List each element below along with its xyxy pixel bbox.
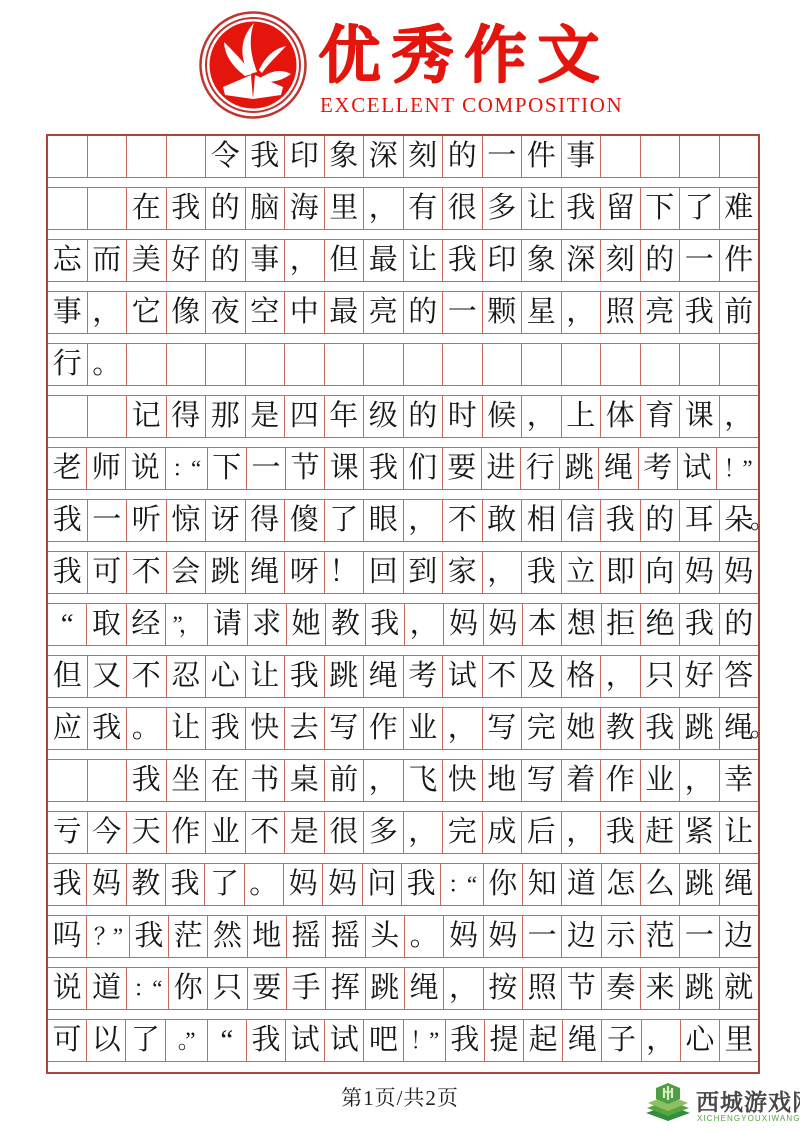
grid-cell xyxy=(482,344,522,385)
grid-cell: 眼 xyxy=(363,500,403,541)
row-gap-band xyxy=(48,230,758,240)
grid-row-unit: 吗？”我茫然地摇摇头。妈妈一边示范一边 xyxy=(48,916,758,968)
grid-cell xyxy=(363,344,403,385)
grid-cell: 最 xyxy=(324,292,364,333)
grid-row-unit: 我妈教我了。妈妈问我：“你知道怎么跳绳 xyxy=(48,864,758,916)
grid-cell: 说 xyxy=(125,448,164,489)
grid-cell: ， xyxy=(87,292,127,333)
grid-cell: 的 xyxy=(640,500,680,541)
grid-cell: 跳 xyxy=(205,552,245,593)
watermark-site-name-en: XICHENGYOUXIWANG xyxy=(697,1114,800,1123)
grid-cell: 她 xyxy=(561,708,601,749)
grid-cell: 敢 xyxy=(482,500,522,541)
grid-cell: ：“ xyxy=(165,448,207,489)
grid-cell: 想 xyxy=(561,604,600,645)
grid-cell: 相 xyxy=(521,500,561,541)
brand-title: 优秀作文 xyxy=(318,16,608,96)
grid-cell: 完 xyxy=(521,708,561,749)
grid-cell: 我 xyxy=(561,188,601,229)
grid-cell: 脑 xyxy=(245,188,285,229)
grid-cell: 范 xyxy=(640,916,679,957)
grid-cell xyxy=(719,344,759,385)
grid-cell: 刻 xyxy=(600,240,640,281)
grid-row: 老师说：“下一节课我们要进行跳绳考试！” xyxy=(48,448,758,490)
row-gap-band xyxy=(48,490,758,500)
grid-cell: 照 xyxy=(522,968,561,1009)
grid-cell: 了 xyxy=(204,864,243,905)
grid-cell: 试 xyxy=(442,656,482,697)
grid-cell: 年 xyxy=(324,396,364,437)
grid-cell: 老 xyxy=(48,448,86,489)
grid-cell: 奏 xyxy=(601,968,640,1009)
grid-row: 我坐在书桌前，飞快地写着作业，幸 xyxy=(48,760,758,802)
grid-cell: 照 xyxy=(600,292,640,333)
grid-cell: 按 xyxy=(483,968,522,1009)
grid-cell: 妈 xyxy=(483,916,522,957)
grid-cell: 它 xyxy=(126,292,166,333)
grid-cell: 快 xyxy=(442,760,482,801)
grid-cell: 多 xyxy=(482,188,522,229)
grid-cell: ， xyxy=(600,656,640,697)
row-gap-band xyxy=(48,386,758,396)
grid-cell: 妈 xyxy=(86,864,125,905)
grid-cell: 跳 xyxy=(679,864,718,905)
grid-cell: 子 xyxy=(601,1020,640,1061)
grid-cell: 妈 xyxy=(322,864,361,905)
row-gap-band xyxy=(48,594,758,604)
grid-cell xyxy=(87,396,127,437)
grid-cell: 得 xyxy=(245,500,285,541)
grid-cell: 我 xyxy=(600,500,640,541)
grid-cell: 像 xyxy=(166,292,206,333)
grid-cell: 一 xyxy=(482,136,522,177)
grid-cell: 又 xyxy=(87,656,127,697)
grid-cell: 令 xyxy=(205,136,245,177)
grid-cell: 绳 xyxy=(363,656,403,697)
grid-cell: 可 xyxy=(48,1020,86,1061)
grid-cell: 们 xyxy=(403,448,442,489)
grid-cell: 了 xyxy=(125,1020,164,1061)
grid-row-unit: 事，它像夜空中最亮的一颗星，照亮我前 xyxy=(48,292,758,344)
brand-subtitle: EXCELLENT COMPOSITION xyxy=(320,93,600,118)
grid-cell: 头 xyxy=(365,916,404,957)
grid-cell: 事 xyxy=(48,292,87,333)
grid-cell: 海 xyxy=(284,188,324,229)
grid-cell: 快 xyxy=(245,708,285,749)
grid-cell: 下 xyxy=(640,188,680,229)
grid-cell: 那 xyxy=(205,396,245,437)
grid-cell: ， xyxy=(443,968,482,1009)
grid-cell: ！ xyxy=(324,552,364,593)
grid-cell: 请 xyxy=(207,604,246,645)
grid-cell: 但 xyxy=(48,656,87,697)
grid-cell: 妈 xyxy=(283,864,322,905)
grid-cell: 回 xyxy=(363,552,403,593)
grid-cell: 星 xyxy=(521,292,561,333)
grid-cell: 的 xyxy=(719,604,758,645)
row-gap-band xyxy=(48,1062,758,1072)
grid-row-unit: 令我印象深刻的一件事 xyxy=(48,136,758,188)
grid-row-unit: 记得那是四年级的时候，上体育课， xyxy=(48,396,758,448)
grid-cell xyxy=(640,136,680,177)
grid-cell: ， xyxy=(561,812,601,853)
grid-cell: 亏 xyxy=(48,812,87,853)
grid-cell xyxy=(284,344,324,385)
row-gap-band xyxy=(48,854,758,864)
grid-cell: 空 xyxy=(245,292,285,333)
grid-cell: 一 xyxy=(679,916,718,957)
grid-cell: 只 xyxy=(640,656,680,697)
grid-cell: 忘 xyxy=(48,240,87,281)
grid-cell: 是 xyxy=(245,396,285,437)
grid-cell: ：“ xyxy=(126,968,168,1009)
grid-row: 但又不忍心让我跳绳考试不及格，只好答 xyxy=(48,656,758,698)
grid-cell: 我 xyxy=(48,864,86,905)
grid-cell: 业 xyxy=(640,760,680,801)
grid-cell: 完 xyxy=(442,812,482,853)
grid-cell: 作 xyxy=(363,708,403,749)
grid-cell: 好 xyxy=(679,656,719,697)
grid-cell: 前 xyxy=(719,292,759,333)
grid-cell: 边 xyxy=(561,916,600,957)
grid-cell xyxy=(48,396,87,437)
grid-cell: ， xyxy=(403,812,443,853)
grid-cell: ， xyxy=(679,760,719,801)
grid-cell: 业 xyxy=(403,708,443,749)
grid-cell: 业 xyxy=(205,812,245,853)
grid-cell: 提 xyxy=(484,1020,523,1061)
grid-cell: 教 xyxy=(600,708,640,749)
grid-cell: 一 xyxy=(246,448,285,489)
grid-cell: 我 xyxy=(87,708,127,749)
grid-cell: 件 xyxy=(521,136,561,177)
grid-cell: 让 xyxy=(166,708,206,749)
row-gap-band xyxy=(48,750,758,760)
grid-cell: 桌 xyxy=(284,760,324,801)
grid-cell: 我 xyxy=(363,448,402,489)
grid-cell: 我 xyxy=(205,708,245,749)
row-gap-band xyxy=(48,282,758,292)
grid-cell xyxy=(166,136,206,177)
grid-cell: 取 xyxy=(86,604,125,645)
grid-cell: 家 xyxy=(442,552,482,593)
grid-cell: 摇 xyxy=(286,916,325,957)
row-gap-band xyxy=(48,802,758,812)
grid-cell: 挥 xyxy=(325,968,364,1009)
grid-row: 我妈教我了。妈妈问我：“你知道怎么跳绳 xyxy=(48,864,758,906)
grid-cell: 跳 xyxy=(324,656,364,697)
grid-cell: 印 xyxy=(284,136,324,177)
grid-cell: 的 xyxy=(442,136,482,177)
grid-cell xyxy=(245,344,285,385)
grid-cell: 示 xyxy=(601,916,640,957)
grid-row-unit: “取经”，请求她教我，妈妈本想拒绝我的 xyxy=(48,604,758,656)
grid-cell xyxy=(442,344,482,385)
row-gap-band xyxy=(48,178,758,188)
grid-row: 应我。让我快去写作业，写完她教我跳绳。 xyxy=(48,708,758,750)
grid-cell: 节 xyxy=(285,448,324,489)
grid-cell: 试 xyxy=(677,448,716,489)
grid-cell: 刻 xyxy=(403,136,443,177)
grid-row-unit: 在我的脑海里，有很多让我留下了难 xyxy=(48,188,758,240)
grid-cell: 我 xyxy=(165,864,204,905)
row-gap-band xyxy=(48,958,758,968)
grid-row: 我一听惊讶得傻了眼，不敢相信我的耳朵。 xyxy=(48,500,758,542)
grid-cell: ， xyxy=(403,500,443,541)
grid-cell: 拒 xyxy=(601,604,640,645)
row-gap-band xyxy=(48,1010,758,1020)
grid-cell: 我 xyxy=(126,760,166,801)
grid-cell: 的 xyxy=(205,240,245,281)
grid-cell: 惊 xyxy=(166,500,206,541)
grid-cell: 知 xyxy=(522,864,561,905)
grid-cell: ， xyxy=(404,604,443,645)
grid-cell: 深 xyxy=(363,136,403,177)
grid-cell: ！” xyxy=(403,1020,445,1061)
grid-cell: 求 xyxy=(247,604,286,645)
overflow-punctuation: 。 xyxy=(750,499,776,541)
grid-cell: 心 xyxy=(205,656,245,697)
grid-row-unit: 老师说：“下一节课我们要进行跳绳考试！” xyxy=(48,448,758,500)
grid-cell xyxy=(126,344,166,385)
grid-cell: 跳 xyxy=(679,968,718,1009)
grid-cell: 听 xyxy=(126,500,166,541)
grid-cell: 的 xyxy=(205,188,245,229)
grid-cell: ， xyxy=(641,1020,680,1061)
grid-cell: ， xyxy=(363,188,403,229)
grid-row: 在我的脑海里，有很多让我留下了难 xyxy=(48,188,758,230)
grid-cell: 成 xyxy=(482,812,522,853)
grid-cell: 我 xyxy=(679,292,719,333)
grid-cell: 一 xyxy=(522,916,561,957)
row-gap-band xyxy=(48,646,758,656)
grid-cell: 跳 xyxy=(365,968,404,1009)
grid-cell: 让 xyxy=(521,188,561,229)
grid-cell: 中 xyxy=(284,292,324,333)
grid-cell: 里 xyxy=(719,1020,758,1061)
grid-cell: 她 xyxy=(286,604,325,645)
grid-cell: 我 xyxy=(679,604,718,645)
grid-cell: 绳 xyxy=(245,552,285,593)
grid-cell: 难 xyxy=(719,188,759,229)
grid-cell: 向 xyxy=(640,552,680,593)
grid-cell: ， xyxy=(284,240,324,281)
grid-cell: 下 xyxy=(207,448,246,489)
grid-cell: 呀 xyxy=(284,552,324,593)
composition-grid: 令我印象深刻的一件事在我的脑海里，有很多让我留下了难忘而美好的事，但最让我印象深… xyxy=(46,134,760,1074)
grid-cell: 你 xyxy=(483,864,522,905)
grid-cell: 幸 xyxy=(719,760,759,801)
grid-cell: 多 xyxy=(363,812,403,853)
grid-cell: 么 xyxy=(640,864,679,905)
grid-cell: 不 xyxy=(482,656,522,697)
grid-cell: 考 xyxy=(403,656,443,697)
grid-cell: ”， xyxy=(165,604,207,645)
row-gap-band xyxy=(48,906,758,916)
grid-row: 吗？”我茫然地摇摇头。妈妈一边示范一边 xyxy=(48,916,758,958)
grid-cell: 天 xyxy=(126,812,166,853)
grid-cell: ， xyxy=(521,396,561,437)
watermark-site-name: 西城游戏网 xyxy=(696,1084,800,1117)
grid-cell xyxy=(600,344,640,385)
grid-row-unit: 我坐在书桌前，飞快地写着作业，幸 xyxy=(48,760,758,812)
grid-cell: 妈 xyxy=(719,552,759,593)
grid-cell: ， xyxy=(363,760,403,801)
grid-cell: 要 xyxy=(442,448,481,489)
grid-row: 事，它像夜空中最亮的一颗星，照亮我前 xyxy=(48,292,758,334)
grid-cell: 赶 xyxy=(640,812,680,853)
grid-cell: 件 xyxy=(719,240,759,281)
grid-cell: 妈 xyxy=(679,552,719,593)
row-gap-band xyxy=(48,438,758,448)
grid-cell: 让 xyxy=(245,656,285,697)
grid-cell: 时 xyxy=(442,396,482,437)
grid-cell: 地 xyxy=(247,916,286,957)
grid-cell: 我 xyxy=(365,604,404,645)
grid-cell: ？” xyxy=(86,916,128,957)
grid-cell xyxy=(87,136,127,177)
grid-cell: 会 xyxy=(166,552,206,593)
grid-cell xyxy=(126,136,166,177)
grid-row: 行。 xyxy=(48,344,758,386)
grid-cell: 讶 xyxy=(205,500,245,541)
grid-cell: 吧 xyxy=(363,1020,402,1061)
grid-cell: 去 xyxy=(284,708,324,749)
grid-cell: ！” xyxy=(716,448,758,489)
grid-cell: 亮 xyxy=(363,292,403,333)
grid-cell: 道 xyxy=(561,864,600,905)
grid-cell: 里 xyxy=(324,188,364,229)
grid-row: 我可不会跳绳呀！回到家，我立即向妈妈 xyxy=(48,552,758,594)
grid-cell: 傻 xyxy=(284,500,324,541)
grid-cell: 后 xyxy=(521,812,561,853)
grid-cell: 级 xyxy=(363,396,403,437)
grid-cell: 我 xyxy=(442,240,482,281)
grid-cell: 很 xyxy=(324,812,364,853)
grid-cell: 跳 xyxy=(679,708,719,749)
grid-cell: 边 xyxy=(719,916,758,957)
grid-cell: “ xyxy=(48,604,86,645)
grid-cell: 立 xyxy=(561,552,601,593)
grid-cell: 体 xyxy=(600,396,640,437)
grid-row: 可以了。”“我试试吧！”我提起绳子，心里 xyxy=(48,1020,758,1062)
grid-cell: 绳 xyxy=(562,1020,601,1061)
grid-row-unit: 忘而美好的事，但最让我印象深刻的一件 xyxy=(48,240,758,292)
grid-cell: 前 xyxy=(324,760,364,801)
grid-cell: ， xyxy=(719,396,759,437)
grid-cell: 不 xyxy=(126,656,166,697)
grid-cell: 我 xyxy=(401,864,440,905)
grid-cell: 到 xyxy=(403,552,443,593)
grid-cell: 好 xyxy=(166,240,206,281)
grid-cell: 茫 xyxy=(168,916,207,957)
grid-cell xyxy=(679,344,719,385)
grid-cell xyxy=(561,344,601,385)
composition-page: 优秀作文 EXCELLENT COMPOSITION 令我印象深刻的一件事在我的… xyxy=(0,0,800,1131)
grid-cell: 着 xyxy=(561,760,601,801)
grid-cell: 最 xyxy=(363,240,403,281)
grid-cell: 紧 xyxy=(679,812,719,853)
grid-cell: 教 xyxy=(126,864,165,905)
grid-cell: 夜 xyxy=(205,292,245,333)
grid-cell: 跳 xyxy=(559,448,598,489)
grid-cell xyxy=(521,344,561,385)
grid-cell: 。 xyxy=(404,916,443,957)
grid-cell: 在 xyxy=(205,760,245,801)
grid-cell: 地 xyxy=(482,760,522,801)
grid-cell: 就 xyxy=(719,968,758,1009)
grid-cell: 得 xyxy=(166,396,206,437)
grid-cell: 作 xyxy=(166,812,206,853)
grid-cell: 行 xyxy=(520,448,559,489)
grid-cell: 让 xyxy=(719,812,759,853)
grid-cell: 我 xyxy=(166,188,206,229)
grid-cell xyxy=(640,344,680,385)
grid-cell: 让 xyxy=(403,240,443,281)
grid-cell: 了 xyxy=(679,188,719,229)
grid-cell: 绝 xyxy=(640,604,679,645)
grid-cell: 课 xyxy=(324,448,363,489)
grid-cell: 亮 xyxy=(640,292,680,333)
grid-cell xyxy=(324,344,364,385)
grid-cell: 心 xyxy=(680,1020,719,1061)
grid-cell: 。 xyxy=(87,344,127,385)
grid-cell: 印 xyxy=(482,240,522,281)
grid-row-unit: 行。 xyxy=(48,344,758,396)
grid-cell: “ xyxy=(207,1020,246,1061)
grid-cell: 我 xyxy=(640,708,680,749)
grid-cell: 书 xyxy=(245,760,285,801)
grid-cell: 事 xyxy=(561,136,601,177)
grid-cell: 我 xyxy=(245,136,285,177)
grid-cell: 答 xyxy=(719,656,759,697)
grid-cell: 绳 xyxy=(598,448,637,489)
watermark-logo-icon xyxy=(644,1081,692,1127)
grid-cell: 一 xyxy=(442,292,482,333)
grid-cell: 我 xyxy=(246,1020,285,1061)
grid-cell: 妈 xyxy=(443,916,482,957)
grid-cell: 说 xyxy=(48,968,86,1009)
grid-cell: 象 xyxy=(324,136,364,177)
grid-cell: 象 xyxy=(521,240,561,281)
grid-cell xyxy=(600,136,640,177)
grid-cell: 作 xyxy=(600,760,640,801)
grid-cell: 不 xyxy=(442,500,482,541)
grid-cell: 手 xyxy=(286,968,325,1009)
grid-cell xyxy=(48,136,87,177)
grid-cell: 。” xyxy=(165,1020,207,1061)
grid-cell xyxy=(205,344,245,385)
grid-cell: 以 xyxy=(86,1020,125,1061)
grid-row-unit: 我一听惊讶得傻了眼，不敢相信我的耳朵。 xyxy=(48,500,758,552)
row-gap-band xyxy=(48,698,758,708)
grid-cell: 绳 xyxy=(404,968,443,1009)
grid-row-unit: 我可不会跳绳呀！回到家，我立即向妈妈 xyxy=(48,552,758,604)
grid-cell: 的 xyxy=(403,292,443,333)
grid-cell xyxy=(679,136,719,177)
grid-cell: 耳 xyxy=(679,500,719,541)
grid-cell: 可 xyxy=(87,552,127,593)
grid-cell xyxy=(87,760,127,801)
grid-cell: 上 xyxy=(561,396,601,437)
grid-row: 令我印象深刻的一件事 xyxy=(48,136,758,178)
grid-cell: 你 xyxy=(168,968,207,1009)
grid-row: 记得那是四年级的时候，上体育课， xyxy=(48,396,758,438)
grid-cell xyxy=(87,188,127,229)
grid-row: 亏今天作业不是很多，完成后，我赶紧让 xyxy=(48,812,758,854)
grid-row-unit: 但又不忍心让我跳绳考试不及格，只好答 xyxy=(48,656,758,708)
grid-cell: 一 xyxy=(87,500,127,541)
